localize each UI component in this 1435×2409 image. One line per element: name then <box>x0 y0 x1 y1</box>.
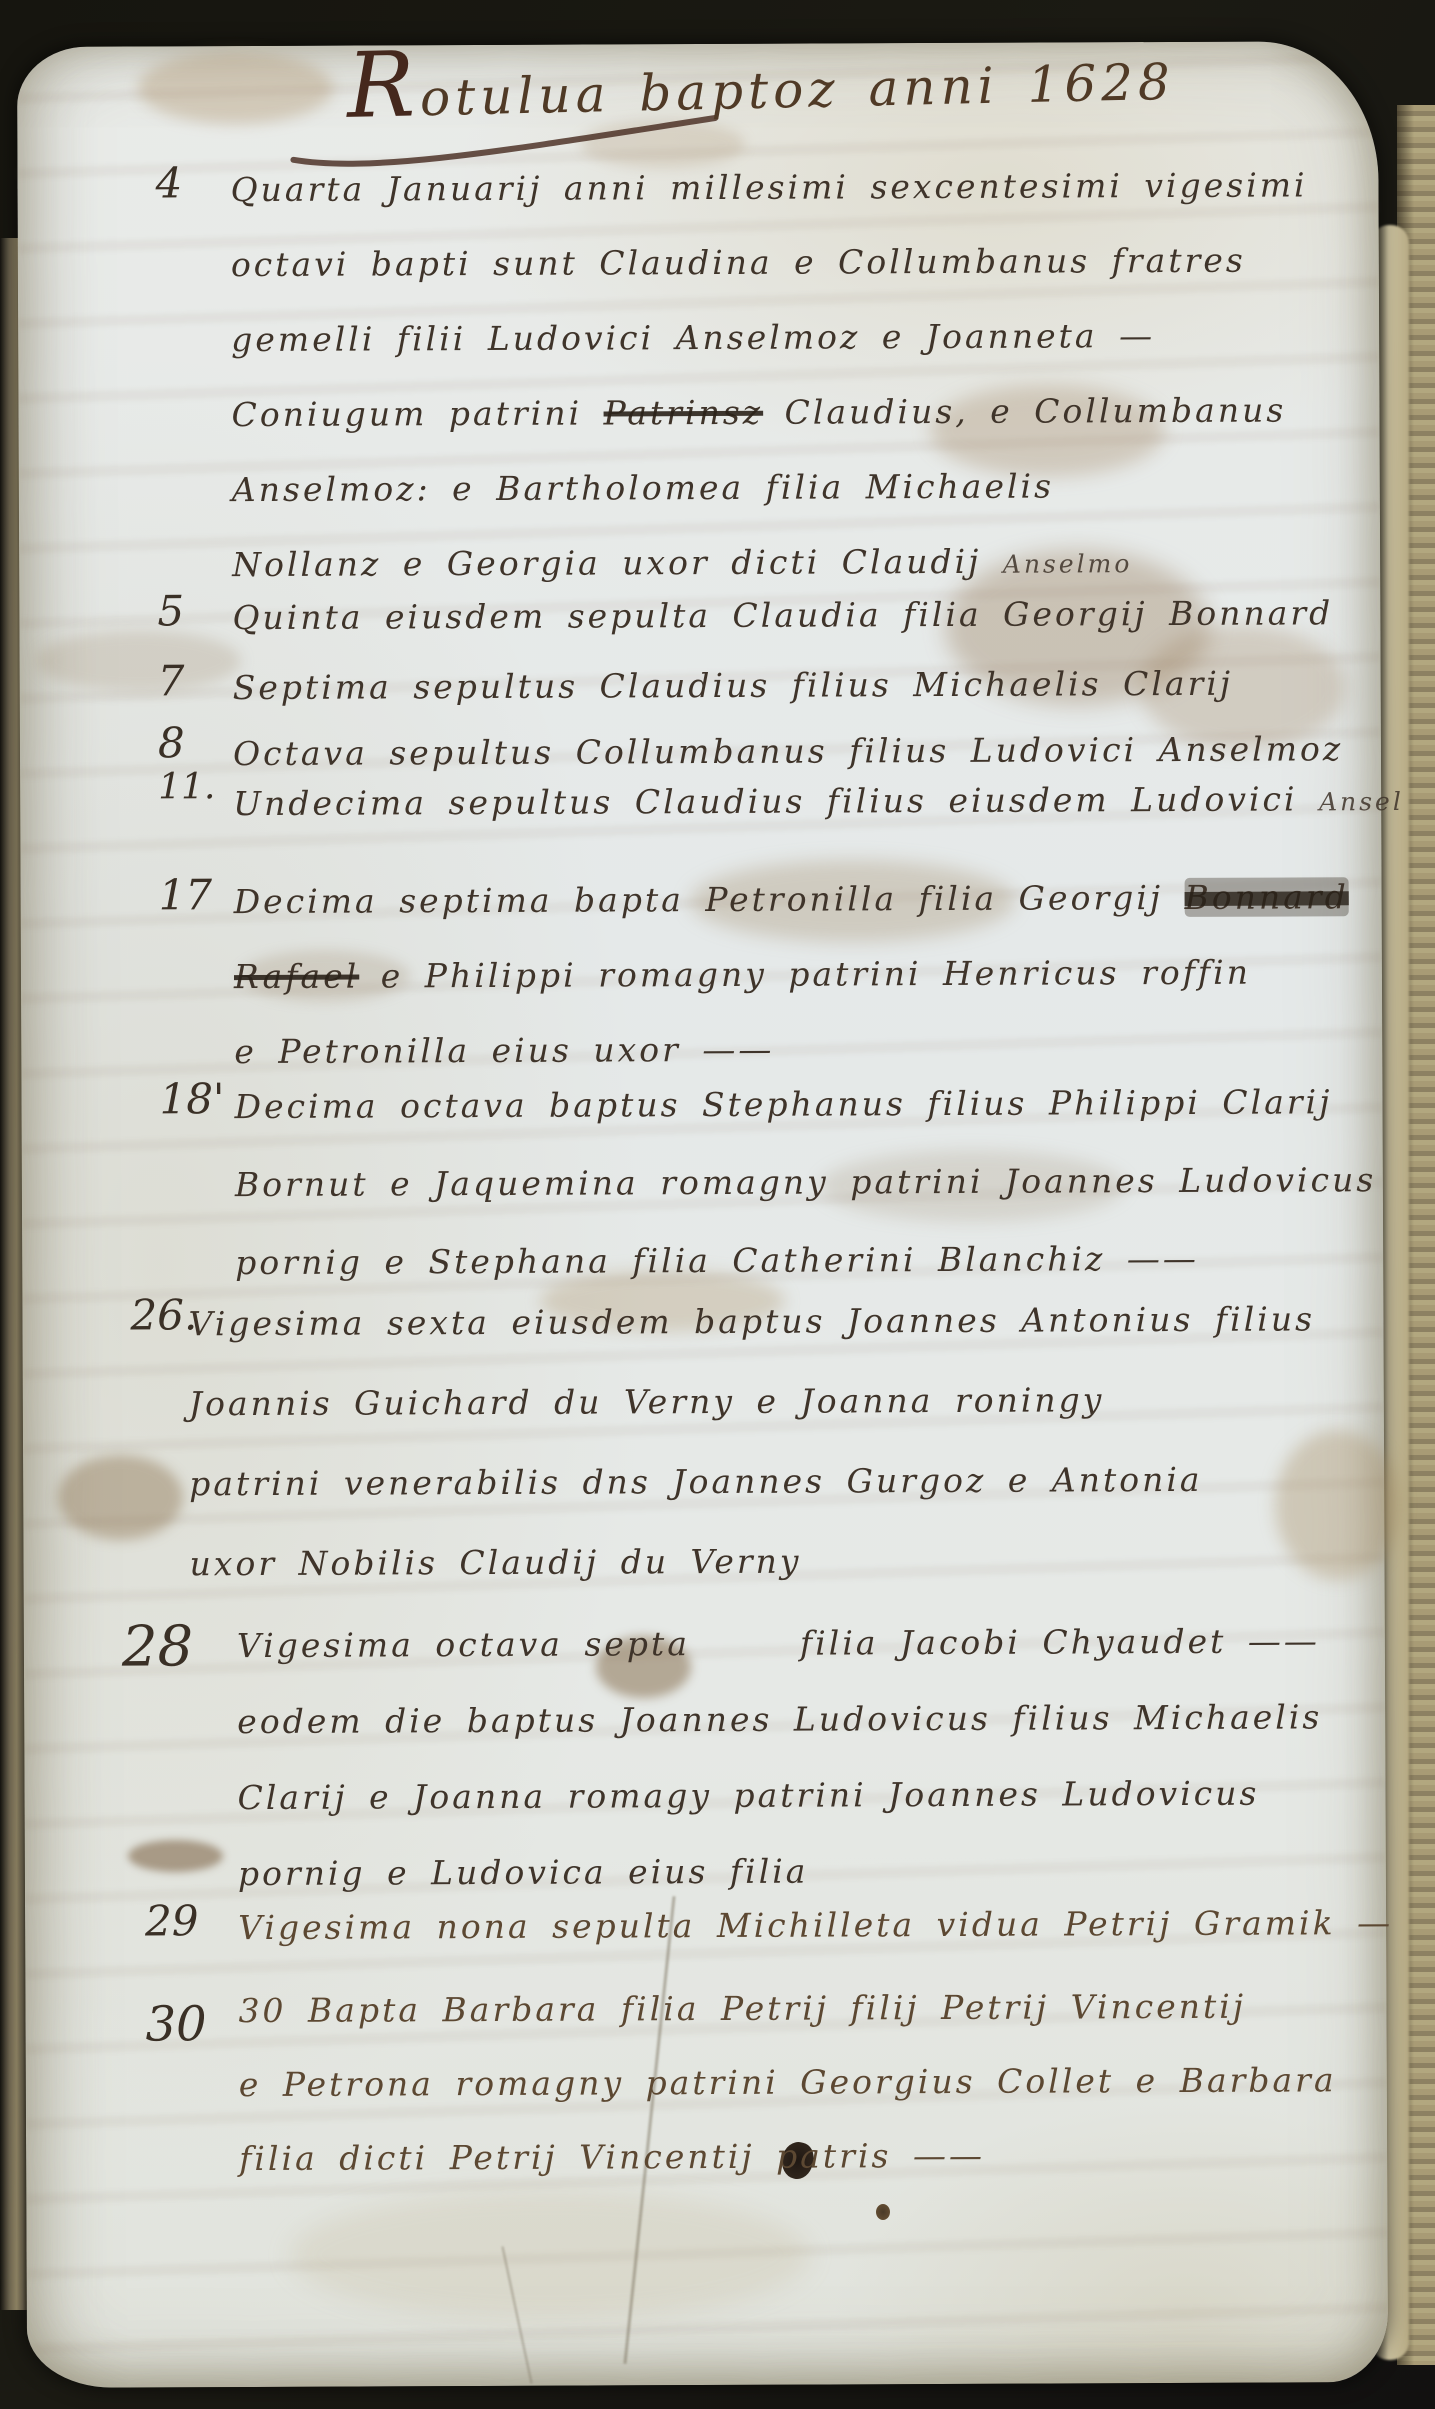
entry-line: Vigesima sexta eiusdem baptus Joannes An… <box>188 1279 1371 1364</box>
entry-day-number: 28 <box>122 1614 194 1679</box>
entry-line: Clarij e Joanna romagy patrini Joannes L… <box>237 1755 1373 1836</box>
entry-line-segment: Vigesima octava septa <box>237 1606 690 1684</box>
register-entry: 11. Undecima sepultus Claudius filius ei… <box>128 761 1369 844</box>
entry-text: Vigesima nona sepulta Michilleta vidua P… <box>238 1885 1374 1965</box>
entry-line-segment: filia Jacobi Chyaudet —— <box>800 1621 1320 1662</box>
register-entry: 18' Decima octava baptus Stephanus filiu… <box>129 1063 1371 1302</box>
entry-line: Vigesima nona sepulta Michilleta vidua P… <box>238 1885 1374 1965</box>
register-entry: 4 Quarta Januarij anni millesimi sexcent… <box>125 147 1368 605</box>
entry-line: Bornut e Jaquemina romagny patrini Joann… <box>235 1141 1371 1224</box>
entry-line: eodem die baptus Joannes Ludovicus filiu… <box>237 1679 1373 1760</box>
crossed-out-word: Rafael <box>234 957 359 997</box>
entry-day-number: 18' <box>159 1074 224 1123</box>
register-entry: 17 Decima septima bapta Petronilla filia… <box>129 859 1371 1089</box>
entry-day-number: 17 <box>159 870 213 919</box>
entry-line: patrini venerabilis dns Joannes Gurgoz e… <box>189 1439 1372 1524</box>
entry-line: octavi bapti sunt Claudina e Collumbanus… <box>231 222 1367 302</box>
entry-text: Vigesima sexta eiusdem baptus Joannes An… <box>188 1279 1372 1604</box>
entry-day-number: 11. <box>158 766 215 807</box>
entry-day-number: 30 <box>145 1996 206 2052</box>
crossed-out-word: Patrinsz <box>603 393 763 433</box>
entry-line-segment: Undecima sepultus Claudius filius eiusde… <box>233 779 1319 823</box>
entry-line: Undecima sepultus Claudius filius eiusde… <box>233 761 1369 844</box>
entry-line: Vigesima octava septafilia Jacobi Chyaud… <box>237 1603 1373 1684</box>
register-entry: 26. Vigesima sexta eiusdem baptus Joanne… <box>130 1279 1372 1604</box>
entry-text: Vigesima octava septafilia Jacobi Chyaud… <box>237 1603 1374 1912</box>
blotted-out-word: Bonnard <box>1184 877 1348 917</box>
entry-text: 30 Bapta Barbara filia Petrij filij Petr… <box>238 1969 1375 2196</box>
register-entry: 30 30 Bapta Barbara filia Petrij filij P… <box>133 1969 1375 2196</box>
entry-line: 30 Bapta Barbara filia Petrij filij Petr… <box>238 1969 1374 2048</box>
entry-line: Joannis Guichard du Verny e Joanna ronin… <box>189 1359 1372 1444</box>
entry-line: Coniugum patrini Patrinsz Claudius, e Co… <box>231 372 1367 452</box>
entry-day-number: 29 <box>145 1896 199 1945</box>
register-entry: 5 Quinta eiusdem sepulta Claudia filia G… <box>127 575 1368 655</box>
handwriting-layer: Rotulua baptoz anni 1628 4 Quarta Januar… <box>0 0 1435 2409</box>
entry-line: uxor Nobilis Claudij du Verny <box>189 1519 1372 1604</box>
entry-line-tail: Anselmo <box>1003 549 1133 579</box>
entry-line: e Petrona romagny patrini Georgius Colle… <box>239 2043 1375 2122</box>
photo-background: Rotulua baptoz anni 1628 4 Quarta Januar… <box>0 0 1435 2409</box>
entry-line: Decima octava baptus Stephanus filius Ph… <box>234 1063 1370 1146</box>
entry-day-number: 5 <box>157 586 184 635</box>
entry-text: Quinta eiusdem sepulta Claudia filia Geo… <box>232 575 1368 655</box>
entry-line-tail: Ansel <box>1319 787 1404 816</box>
entry-line-segment: Coniugum patrini <box>231 393 603 434</box>
page-title: Rotulua baptoz anni 1628 <box>347 49 1176 129</box>
entry-text: Quarta Januarij anni millesimi sexcentes… <box>230 147 1368 605</box>
entry-line: filia dicti Petrij Vincentij patris —— <box>239 2117 1375 2196</box>
entry-text: Decima octava baptus Stephanus filius Ph… <box>234 1063 1371 1302</box>
entry-line: Anselmoz: e Bartholomea filia Michaelis <box>232 447 1368 527</box>
entry-line: Quarta Januarij anni millesimi sexcentes… <box>230 147 1366 227</box>
entry-day-number: 8 <box>158 718 185 767</box>
register-entry: 29 Vigesima nona sepulta Michilleta vidu… <box>133 1885 1374 1965</box>
entry-line-segment: Claudius, e Collumbanus <box>763 391 1286 432</box>
entry-day-number: 4 <box>155 158 182 207</box>
entry-line: Quinta eiusdem sepulta Claudia filia Geo… <box>232 575 1368 655</box>
entry-line-segment: e Philippi romagny patrini Henricus roff… <box>359 953 1251 996</box>
entry-text: Undecima sepultus Claudius filius eiusde… <box>233 761 1369 844</box>
entry-line: Rafael e Philippi romagny patrini Henric… <box>234 934 1370 1014</box>
entry-text: Decima septima bapta Petronilla filia Ge… <box>234 859 1371 1089</box>
entry-line: gemelli filii Ludovici Anselmoz e Joanne… <box>231 297 1367 377</box>
entry-day-number: 26. <box>130 1290 197 1339</box>
entry-day-number: 7 <box>158 656 185 705</box>
entry-line: Decima septima bapta Petronilla filia Ge… <box>234 859 1370 939</box>
entry-line-segment: Decima septima bapta Petronilla filia Ge… <box>234 878 1185 921</box>
register-entry: 28 Vigesima octava septafilia Jacobi Chy… <box>132 1603 1374 1912</box>
